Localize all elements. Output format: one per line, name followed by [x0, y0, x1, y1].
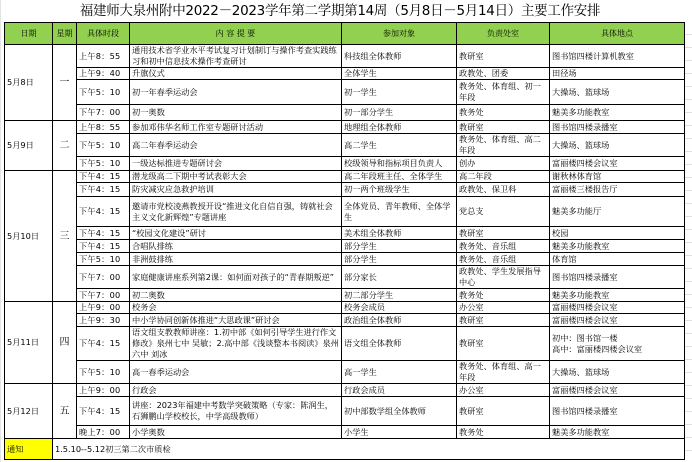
time-cell[interactable]: 下午4：15 — [77, 327, 130, 361]
header-weekday[interactable]: 星期 — [53, 23, 77, 45]
table-row: 5月10日 三 下午4：15 潜龙级高二下期中考试表彰大会 高二年段班主任、全体… — [5, 171, 685, 183]
content-cell[interactable]: 合唱队排练 — [130, 240, 342, 253]
time-cell[interactable]: 下午4：15 — [77, 197, 130, 227]
participants-cell[interactable]: 部分学生 — [342, 240, 457, 253]
content-cell[interactable]: 讲座：2023年福建中考数学突破策略（专家：陈润生，石狮鹏山学校校长，中学高级教… — [130, 397, 342, 426]
table-row: 晚上7：00 小学奥数 小学生 教务处 魅美多功能教室 — [5, 426, 685, 439]
table-row: 下午5：10 非洲鼓排练 部分学生 教务处、音乐组 体育馆 — [5, 253, 685, 266]
time-cell[interactable]: 上午9：30 — [77, 314, 130, 327]
content-cell[interactable]: 校务会 — [130, 302, 342, 314]
participants-cell[interactable]: 政治组全体教师 — [342, 314, 457, 327]
department-cell[interactable]: 高二年段 — [457, 171, 550, 183]
notice-text[interactable]: 1.5.10--5.12初三第二次市质检 — [53, 439, 685, 460]
table-row: 下午4：15 防灾减灾应急救护培训 初一两个班级学生 政教处、保卫科 富丽楼三楼… — [5, 183, 685, 197]
schedule-table: 日期 星期 具体时段 内 容 提 要 参加对象 负责处室 具体地点 5月8日 一… — [4, 22, 685, 460]
participants-cell[interactable]: 全体学生 — [342, 68, 457, 80]
table-row: 下午4：15 语文组支教教师讲座：1.初中部《如何引导学生进行作文修改》泉州七中… — [5, 327, 685, 361]
page-title: 福建师大泉州附中2022－2023学年第二学期第14周（5月8日－5月14日）主… — [0, 0, 680, 22]
table-row: 5月8日 一 上午8：55 通用技术省学业水平考试复习计划制订与操作考查实践练习… — [5, 45, 685, 68]
content-cell[interactable]: “校园文化建设”研讨 — [130, 227, 342, 240]
department-cell[interactable]: 教研室 — [457, 121, 550, 134]
table-row: 下午4：15 合唱队排练 部分学生 教务处、音乐组 魅美多功能教室 — [5, 240, 685, 253]
department-cell[interactable]: 教务处 — [457, 426, 550, 439]
participants-cell[interactable]: 初一部分学生 — [342, 105, 457, 121]
location-cell[interactable]: 初中：图书馆一楼 高中：富丽楼四楼会议室 — [550, 327, 685, 361]
location-cell[interactable]: 大操场、篮球场 — [550, 361, 685, 384]
time-cell[interactable]: 下午4：15 — [77, 227, 130, 240]
department-cell[interactable]: 教研室 — [457, 227, 550, 240]
location-cell[interactable]: 校园 — [550, 227, 685, 240]
content-cell[interactable]: 通用技术省学业水平考试复习计划制订与操作考查实践练习和初中信息技术操作考查研讨 — [130, 45, 342, 68]
table-row: 下午4：15 “校园文化建设”研讨 美术组全体教师 教研室 校园 — [5, 227, 685, 240]
location-cell[interactable]: 富丽楼三楼报告厅 — [550, 183, 685, 197]
location-cell[interactable]: 图书馆四楼录播室 — [550, 121, 685, 134]
table-row: 上午9：40 升旗仪式 全体学生 政教处、团委 田径场 — [5, 68, 685, 80]
content-cell[interactable]: 潜龙级高二下期中考试表彰大会 — [130, 171, 342, 183]
weekday-cell[interactable]: 四 — [53, 302, 77, 384]
department-cell[interactable]: 教研室 — [457, 327, 550, 361]
department-cell[interactable]: 政教处、团委 — [457, 68, 550, 80]
location-cell[interactable]: 富丽楼四楼会议室 — [550, 314, 685, 327]
content-cell[interactable]: 初一年春季运动会 — [130, 80, 342, 105]
department-cell[interactable]: 教务处 — [457, 289, 550, 302]
time-cell[interactable]: 下午7：00 — [77, 266, 130, 289]
table-row: 5月9日 二 上午8：55 参加邓伟华名师工作室专题研讨活动 地理组全体教师 教… — [5, 121, 685, 134]
table-row: 下午4：15 讲座：2023年福建中考数学突破策略（专家：陈润生，石狮鹏山学校校… — [5, 397, 685, 426]
location-cell[interactable]: 魅美多功能厅 — [550, 197, 685, 227]
location-cell[interactable]: 富丽楼四楼会议室 — [550, 384, 685, 397]
table-row: 下午5：10 高二年春季运动会 高二学生 教务处、体育组、高二年段 大操场、篮球… — [5, 134, 685, 157]
location-cell[interactable]: 图书馆四楼录播室 — [550, 397, 685, 426]
participants-cell[interactable]: 地理组全体教师 — [342, 121, 457, 134]
content-cell[interactable]: 家庭健康讲座系列第2课：如何面对孩子的“青春期叛逆” — [130, 266, 342, 289]
time-cell[interactable]: 上午9：40 — [77, 68, 130, 80]
department-cell[interactable]: 教务处、体育组、高一年段 — [457, 361, 550, 384]
table-row: 下午7：00 家庭健康讲座系列第2课：如何面对孩子的“青春期叛逆” 部分家长 政… — [5, 266, 685, 289]
weekday-cell[interactable]: 三 — [53, 171, 77, 302]
participants-cell[interactable]: 校务会成员 — [342, 302, 457, 314]
department-cell[interactable]: 教研室 — [457, 314, 550, 327]
location-cell[interactable]: 大操场、篮球场 — [550, 80, 685, 105]
time-cell[interactable]: 下午5：10 — [77, 253, 130, 266]
spreadsheet-gridlines — [684, 22, 692, 462]
location-cell[interactable]: 谢秋林体育馆 — [550, 171, 685, 183]
time-cell[interactable]: 上午8：55 — [77, 45, 130, 68]
time-cell[interactable]: 上午8：55 — [77, 121, 130, 134]
time-cell[interactable]: 下午4：15 — [77, 240, 130, 253]
participants-cell[interactable]: 初一两个班级学生 — [342, 183, 457, 197]
participants-cell[interactable]: 科技组全体教师 — [342, 45, 457, 68]
date-cell[interactable]: 5月12日 — [5, 384, 53, 439]
time-cell[interactable]: 上午9：00 — [77, 302, 130, 314]
department-cell[interactable]: 党总支 — [457, 197, 550, 227]
date-cell[interactable]: 5月8日 — [5, 45, 53, 121]
department-cell[interactable]: 教务处、音乐组 — [457, 253, 550, 266]
weekday-cell[interactable]: 一 — [53, 45, 77, 121]
time-cell[interactable]: 下午5：10 — [77, 361, 130, 384]
content-cell[interactable]: 非洲鼓排练 — [130, 253, 342, 266]
table-row: 下午7：00 初一奥数 初一部分学生 教务处 魅美多功能教室 — [5, 105, 685, 121]
date-cell[interactable]: 5月9日 — [5, 121, 53, 171]
table-row: 下午5：10 初一年春季运动会 初一学生 教务处、体育组、初一年段 大操场、篮球… — [5, 80, 685, 105]
content-cell[interactable]: 小学奥数 — [130, 426, 342, 439]
participants-cell[interactable]: 部分家长 — [342, 266, 457, 289]
content-cell[interactable]: 语文组支教教师讲座：1.初中部《如何引导学生进行作文修改》泉州七中 吴敏；2.高… — [130, 327, 342, 361]
participants-cell[interactable]: 高一学生 — [342, 361, 457, 384]
table-row: 上午9：30 中小学协同创新体推进“大思政课”研讨会 政治组全体教师 教研室 富… — [5, 314, 685, 327]
table-row: 下午4：15 邀请市党校凌燕教授开设“推进文化自信自强，铸就社会主义文化新辉煌”… — [5, 197, 685, 227]
header-time[interactable]: 具体时段 — [77, 23, 130, 45]
participants-cell[interactable]: 美术组全体教师 — [342, 227, 457, 240]
table-row: 下午7：00 初二奥数 初二部分学生 教务处 魅美多功能教室 — [5, 289, 685, 302]
content-cell[interactable]: 初二奥数 — [130, 289, 342, 302]
time-cell[interactable]: 下午4：15 — [77, 397, 130, 426]
department-cell[interactable]: 教务处、体育组、高二年段 — [457, 134, 550, 157]
location-cell[interactable]: 富丽楼四楼会议室 — [550, 302, 685, 314]
time-cell[interactable]: 下午5：10 — [77, 157, 130, 171]
header-department[interactable]: 负责处室 — [457, 23, 550, 45]
content-cell[interactable]: 高一春季运动会 — [130, 361, 342, 384]
department-cell[interactable]: 教务处、音乐组 — [457, 240, 550, 253]
location-cell[interactable]: 体育馆 — [550, 253, 685, 266]
header-content[interactable]: 内 容 提 要 — [130, 23, 342, 45]
department-cell[interactable]: 教务处 — [457, 105, 550, 121]
participants-cell[interactable]: 初二部分学生 — [342, 289, 457, 302]
content-cell[interactable]: 参加邓伟华名师工作室专题研讨活动 — [130, 121, 342, 134]
location-cell[interactable]: 魅美多功能教室 — [550, 105, 685, 121]
weekday-cell[interactable]: 二 — [53, 121, 77, 171]
department-cell[interactable]: 政教处、保卫科 — [457, 183, 550, 197]
header-row: 日期 星期 具体时段 内 容 提 要 参加对象 负责处室 具体地点 — [5, 23, 685, 45]
content-cell[interactable]: 初一奥数 — [130, 105, 342, 121]
participants-cell[interactable]: 部分学生 — [342, 253, 457, 266]
time-cell[interactable]: 下午7：00 — [77, 105, 130, 121]
participants-cell[interactable]: 初中部数学组全体教师 — [342, 397, 457, 426]
header-date[interactable]: 日期 — [5, 23, 53, 45]
participants-cell[interactable]: 校级领导和指标项目负责人 — [342, 157, 457, 171]
location-cell[interactable]: 魅美多功能教室 — [550, 240, 685, 253]
department-cell[interactable]: 办公室 — [457, 302, 550, 314]
notice-label[interactable]: 通知 — [5, 439, 53, 460]
participants-cell[interactable]: 初一学生 — [342, 80, 457, 105]
content-cell[interactable]: 升旗仪式 — [130, 68, 342, 80]
time-cell[interactable]: 晚上7：00 — [77, 426, 130, 439]
participants-cell[interactable]: 高二年段班主任、全体学生 — [342, 171, 457, 183]
content-cell[interactable]: 行政会 — [130, 384, 342, 397]
location-cell[interactable]: 魅美多功能教室 — [550, 426, 685, 439]
department-cell[interactable]: 教务处、体育组、初一年段 — [457, 80, 550, 105]
date-cell[interactable]: 5月10日 — [5, 171, 53, 302]
content-cell[interactable]: 防灾减灾应急救护培训 — [130, 183, 342, 197]
time-cell[interactable]: 上午9：00 — [77, 384, 130, 397]
department-cell[interactable]: 教研室 — [457, 45, 550, 68]
location-cell[interactable]: 富丽楼四楼会议室 — [550, 157, 685, 171]
time-cell[interactable]: 下午5：10 — [77, 134, 130, 157]
content-cell[interactable]: 邀请市党校凌燕教授开设“推进文化自信自强，铸就社会主义文化新辉煌”专题讲座 — [130, 197, 342, 227]
time-cell[interactable]: 下午5：10 — [77, 80, 130, 105]
location-cell[interactable]: 大操场、篮球场 — [550, 134, 685, 157]
date-cell[interactable]: 5月11日 — [5, 302, 53, 384]
header-location[interactable]: 具体地点 — [550, 23, 685, 45]
table-row: 下午5：10 高一春季运动会 高一学生 教务处、体育组、高一年段 大操场、篮球场 — [5, 361, 685, 384]
content-cell[interactable]: 高二年春季运动会 — [130, 134, 342, 157]
table-row: 5月12日 五 上午9：00 行政会 行政会成员 办公室 富丽楼四楼会议室 — [5, 384, 685, 397]
header-participants[interactable]: 参加对象 — [342, 23, 457, 45]
table-row: 下午5：10 一级达标推进专题研讨会 校级领导和指标项目负责人 创办 富丽楼四楼… — [5, 157, 685, 171]
location-cell[interactable]: 图书馆四楼录播室 — [550, 266, 685, 289]
time-cell[interactable]: 下午7：00 — [77, 289, 130, 302]
location-cell[interactable]: 图书馆四楼计算机教室 — [550, 45, 685, 68]
time-cell[interactable]: 下午4：15 — [77, 183, 130, 197]
department-cell[interactable]: 办公室 — [457, 384, 550, 397]
department-cell[interactable]: 教研室 — [457, 397, 550, 426]
location-cell[interactable]: 魅美多功能教室 — [550, 289, 685, 302]
department-cell[interactable]: 政教处、学生发展指导中心 — [457, 266, 550, 289]
time-cell[interactable]: 下午4：15 — [77, 171, 130, 183]
content-cell[interactable]: 中小学协同创新体推进“大思政课”研讨会 — [130, 314, 342, 327]
participants-cell[interactable]: 语文组全体教师 — [342, 327, 457, 361]
weekday-cell[interactable]: 五 — [53, 384, 77, 439]
participants-cell[interactable]: 高二学生 — [342, 134, 457, 157]
participants-cell[interactable]: 行政会成员 — [342, 384, 457, 397]
department-cell[interactable]: 创办 — [457, 157, 550, 171]
location-cell[interactable]: 田径场 — [550, 68, 685, 80]
table-row: 5月11日 四 上午9：00 校务会 校务会成员 办公室 富丽楼四楼会议室 — [5, 302, 685, 314]
content-cell[interactable]: 一级达标推进专题研讨会 — [130, 157, 342, 171]
notice-row: 通知 1.5.10--5.12初三第二次市质检 — [5, 439, 685, 460]
participants-cell[interactable]: 全体党员、青年教师、全体学生 — [342, 197, 457, 227]
participants-cell[interactable]: 小学生 — [342, 426, 457, 439]
